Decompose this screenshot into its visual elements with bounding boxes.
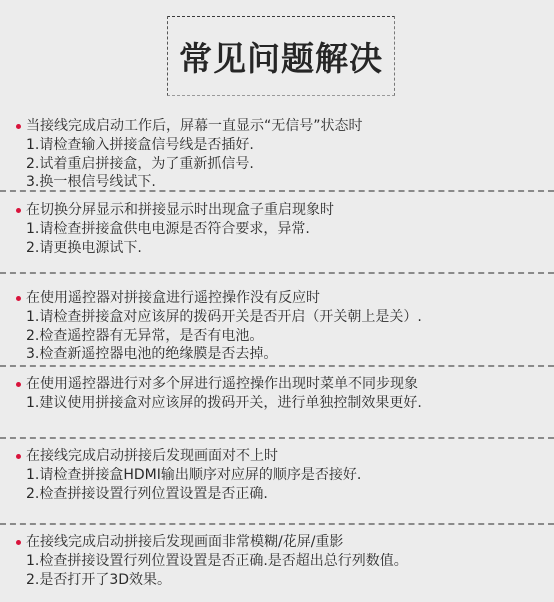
faq-step: 3.换一根信号线试下.: [0, 173, 554, 192]
faq-section-box-restart: 在切换分屏显示和拼接显示时出现盒子重启现象时 1.请检查拼接盒供电电源是否符合要…: [0, 201, 554, 257]
divider: [0, 437, 554, 439]
question-text: 在使用遥控器进行对多个屏进行遥控操作出现时菜单不同步现象: [26, 376, 418, 392]
faq-step: 2.是否打开了3D效果。: [0, 571, 554, 590]
faq-question: 在使用遥控器对拼接盒进行遥控操作没有反应时: [0, 289, 554, 308]
bullet-icon: [16, 124, 21, 129]
question-text: 在接线完成启动拼接后发现画面对不上时: [26, 448, 278, 464]
divider: [0, 523, 554, 525]
faq-step: 1.建议使用拼接盒对应该屏的拨码开关，进行单独控制效果更好.: [0, 394, 554, 413]
question-text: 在切换分屏显示和拼接显示时出现盒子重启现象时: [26, 202, 334, 218]
faq-step: 1.请检查拼接盒对应该屏的拨码开关是否开启（开关朝上是关）.: [0, 308, 554, 327]
faq-section-image-misaligned: 在接线完成启动拼接后发现画面对不上时 1.请检查拼接盒HDMI输出顺序对应屏的顺…: [0, 447, 554, 503]
question-text: 在接线完成启动拼接后发现画面非常模糊/花屏/重影: [26, 534, 343, 550]
faq-step: 1.请检查输入拼接盒信号线是否插好.: [0, 136, 554, 155]
bullet-icon: [16, 208, 21, 213]
faq-step: 2.试着重启拼接盒，为了重新抓信号.: [0, 155, 554, 174]
bullet-icon: [16, 382, 21, 387]
bullet-icon: [16, 454, 21, 459]
divider: [0, 190, 554, 192]
faq-question: 在切换分屏显示和拼接显示时出现盒子重启现象时: [0, 201, 554, 220]
divider: [0, 365, 554, 367]
question-text: 在使用遥控器对拼接盒进行遥控操作没有反应时: [26, 290, 320, 306]
page-title: 常见问题解决: [179, 33, 383, 80]
faq-step: 2.检查拼接设置行列位置设置是否正确.: [0, 485, 554, 504]
faq-step: 1.检查拼接设置行列位置设置是否正确.是否超出总行列数值。: [0, 552, 554, 571]
faq-question: 在使用遥控器进行对多个屏进行遥控操作出现时菜单不同步现象: [0, 375, 554, 394]
bullet-icon: [16, 540, 21, 545]
faq-question: 在接线完成启动拼接后发现画面对不上时: [0, 447, 554, 466]
title-box: 常见问题解决: [167, 16, 395, 96]
faq-section-no-signal: 当接线完成启动工作后，屏幕一直显示“无信号”状态时 1.请检查输入拼接盒信号线是…: [0, 117, 554, 192]
faq-section-blurry-image: 在接线完成启动拼接后发现画面非常模糊/花屏/重影 1.检查拼接设置行列位置设置是…: [0, 533, 554, 589]
faq-step: 2.请更换电源试下.: [0, 239, 554, 258]
faq-question: 当接线完成启动工作后，屏幕一直显示“无信号”状态时: [0, 117, 554, 136]
question-text: 当接线完成启动工作后，屏幕一直显示“无信号”状态时: [26, 118, 363, 134]
faq-step: 1.请检查拼接盒供电电源是否符合要求，异常.: [0, 220, 554, 239]
divider: [0, 272, 554, 274]
faq-question: 在接线完成启动拼接后发现画面非常模糊/花屏/重影: [0, 533, 554, 552]
faq-step: 2.检查遥控器有无异常，是否有电池。: [0, 327, 554, 346]
bullet-icon: [16, 296, 21, 301]
faq-step: 3.检查新遥控器电池的绝缘膜是否去掉。: [0, 345, 554, 364]
faq-section-remote-no-response: 在使用遥控器对拼接盒进行遥控操作没有反应时 1.请检查拼接盒对应该屏的拨码开关是…: [0, 289, 554, 364]
faq-step: 1.请检查拼接盒HDMI输出顺序对应屏的顺序是否接好.: [0, 466, 554, 485]
faq-section-menu-unsync: 在使用遥控器进行对多个屏进行遥控操作出现时菜单不同步现象 1.建议使用拼接盒对应…: [0, 375, 554, 413]
